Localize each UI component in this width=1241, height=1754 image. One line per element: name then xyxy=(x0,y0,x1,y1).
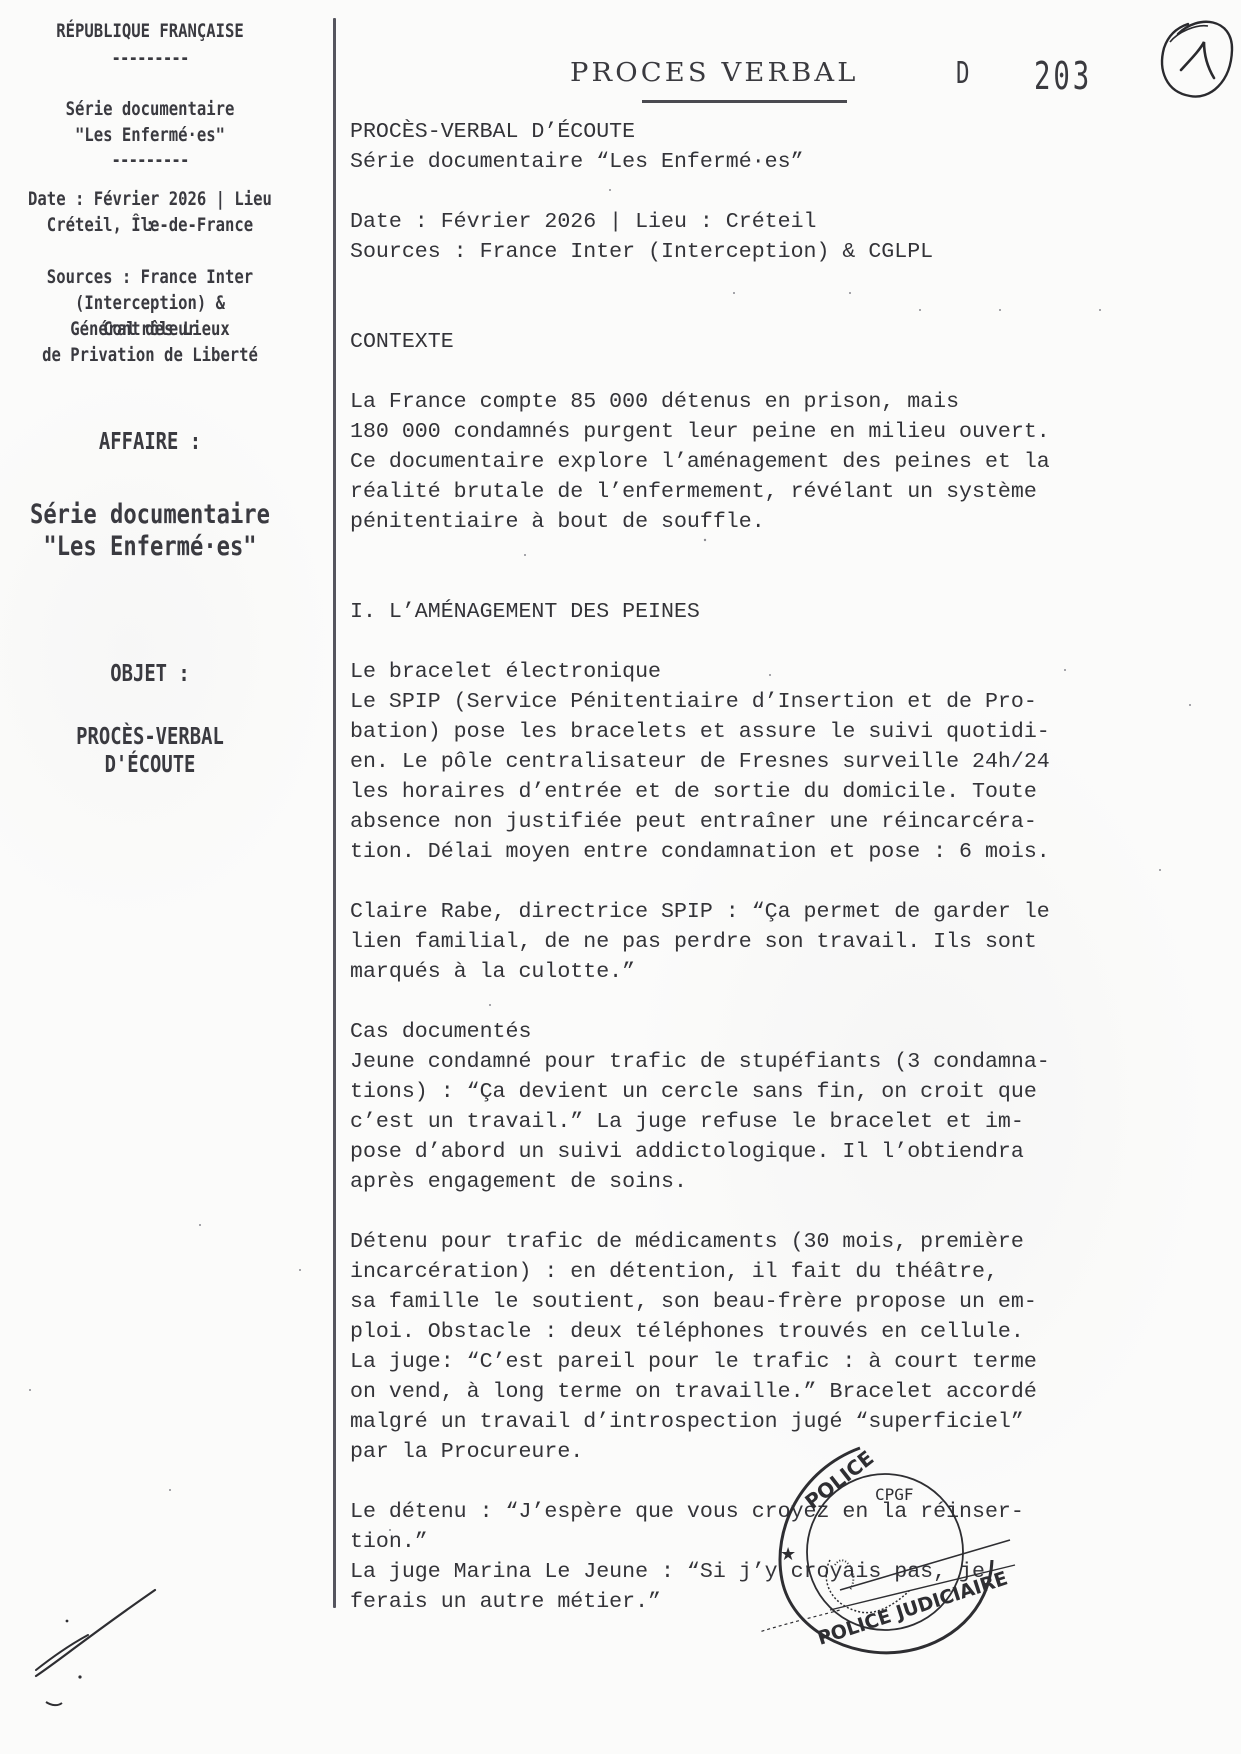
body-line: par la Procureure. xyxy=(350,1437,1220,1467)
body-line: Claire Rabe, directrice SPIP : “Ça perme… xyxy=(350,897,1220,927)
blank-line xyxy=(350,297,1220,327)
body-line: Date : Février 2026 | Lieu : Créteil xyxy=(350,207,1220,237)
body-line: Le bracelet électronique xyxy=(350,657,1220,687)
body-line: Le détenu : “J’espère que vous croyez en… xyxy=(350,1497,1220,1527)
body-line: pose d’abord un suivi addictologique. Il… xyxy=(350,1137,1220,1167)
body-line: en. Le pôle centralisateur de Fresnes su… xyxy=(350,747,1220,777)
proces-verbal-title: PROCES VERBAL xyxy=(570,58,859,88)
body-line: les horaires d’entrée et de sortie du do… xyxy=(350,777,1220,807)
blank-line xyxy=(350,267,1220,297)
blank-line xyxy=(350,177,1220,207)
body-line: 180 000 condamnés purgent leur peine en … xyxy=(350,417,1220,447)
blank-line xyxy=(350,537,1220,567)
blank-line xyxy=(350,627,1220,657)
body-line: Sources : France Inter (Interception) & … xyxy=(350,237,1220,267)
body-line: Détenu pour trafic de médicaments (30 mo… xyxy=(350,1227,1220,1257)
series-line-2: "Les Enfermé·es" xyxy=(27,122,273,148)
document-number: 203 xyxy=(1034,54,1092,98)
body-line: Le SPIP (Service Pénitentiaire d’Inserti… xyxy=(350,687,1220,717)
title-underline xyxy=(642,100,847,103)
body-line: tion.” xyxy=(350,1527,1220,1557)
body-line: La juge Marina Le Jeune : “Si j’y croyai… xyxy=(350,1557,1220,1587)
body-line: tion. Délai moyen entre condamnation et … xyxy=(350,837,1220,867)
body-line: pénitentiaire à bout de souffle. xyxy=(350,507,1220,537)
body-line: La juge: “C’est pareil pour le trafic : … xyxy=(350,1347,1220,1377)
document-letter: D xyxy=(956,56,970,91)
body-line: Série documentaire “Les Enfermé·es” xyxy=(350,147,1220,177)
body-line: incarcération) : en détention, il fait d… xyxy=(350,1257,1220,1287)
body-line: c’est un travail.” La juge refuse le bra… xyxy=(350,1107,1220,1137)
signature-icon xyxy=(20,1580,170,1710)
sources-line-3: Général des Lieux xyxy=(27,316,273,342)
body-line: après engagement de soins. xyxy=(350,1167,1220,1197)
affaire-line-1: Série documentaire xyxy=(27,498,273,532)
body-line: bation) pose les bracelets et assure le … xyxy=(350,717,1220,747)
handwritten-page-number-icon xyxy=(1148,12,1238,102)
body-line: La France compte 85 000 détenus en priso… xyxy=(350,387,1220,417)
affaire-label: AFFAIRE : xyxy=(27,428,273,456)
body-line: lien familial, de ne pas perdre son trav… xyxy=(350,927,1220,957)
vertical-divider xyxy=(333,18,336,1608)
blank-line xyxy=(350,567,1220,597)
body-line: Cas documentés xyxy=(350,1017,1220,1047)
separator: --------- xyxy=(27,48,273,68)
date-line-2: Créteil, Île-de-France xyxy=(27,212,273,238)
country-header: RÉPUBLIQUE FRANÇAISE xyxy=(27,18,273,44)
affaire-line-2: "Les Enfermé·es" xyxy=(27,530,273,564)
body-line: I. L’AMÉNAGEMENT DES PEINES xyxy=(350,597,1220,627)
body-line: ferais un autre métier.” xyxy=(350,1587,1220,1617)
sources-line-1: Sources : France Inter xyxy=(27,264,273,290)
body-line: marqués à la culotte.” xyxy=(350,957,1220,987)
body-line: on vend, à long terme on travaille.” Bra… xyxy=(350,1377,1220,1407)
series-line-1: Série documentaire xyxy=(27,96,273,122)
body-line: tions) : “Ça devient un cercle sans fin,… xyxy=(350,1077,1220,1107)
body-line: ploi. Obstacle : deux téléphones trouvés… xyxy=(350,1317,1220,1347)
objet-label: OBJET : xyxy=(27,660,273,688)
blank-line xyxy=(350,987,1220,1017)
document-body: PROCÈS-VERBAL D’ÉCOUTESérie documentaire… xyxy=(350,117,1220,1617)
body-line: sa famille le soutient, son beau-frère p… xyxy=(350,1287,1220,1317)
body-line: absence non justifiée peut entraîner une… xyxy=(350,807,1220,837)
blank-line xyxy=(350,867,1220,897)
body-line: réalité brutale de l’enfermement, révéla… xyxy=(350,477,1220,507)
body-line: Jeune condamné pour trafic de stupéfiant… xyxy=(350,1047,1220,1077)
objet-value: PROCÈS-VERBAL D'ÉCOUTE xyxy=(27,723,273,779)
body-line: PROCÈS-VERBAL D’ÉCOUTE xyxy=(350,117,1220,147)
separator: --------- xyxy=(27,150,273,170)
blank-line xyxy=(350,1467,1220,1497)
blank-line xyxy=(350,357,1220,387)
body-line: Ce documentaire explore l’aménagement de… xyxy=(350,447,1220,477)
body-line: CONTEXTE xyxy=(350,327,1220,357)
sources-line-4: de Privation de Liberté xyxy=(27,342,273,368)
blank-line xyxy=(350,1197,1220,1227)
body-line: malgré un travail d’introspection jugé “… xyxy=(350,1407,1220,1437)
